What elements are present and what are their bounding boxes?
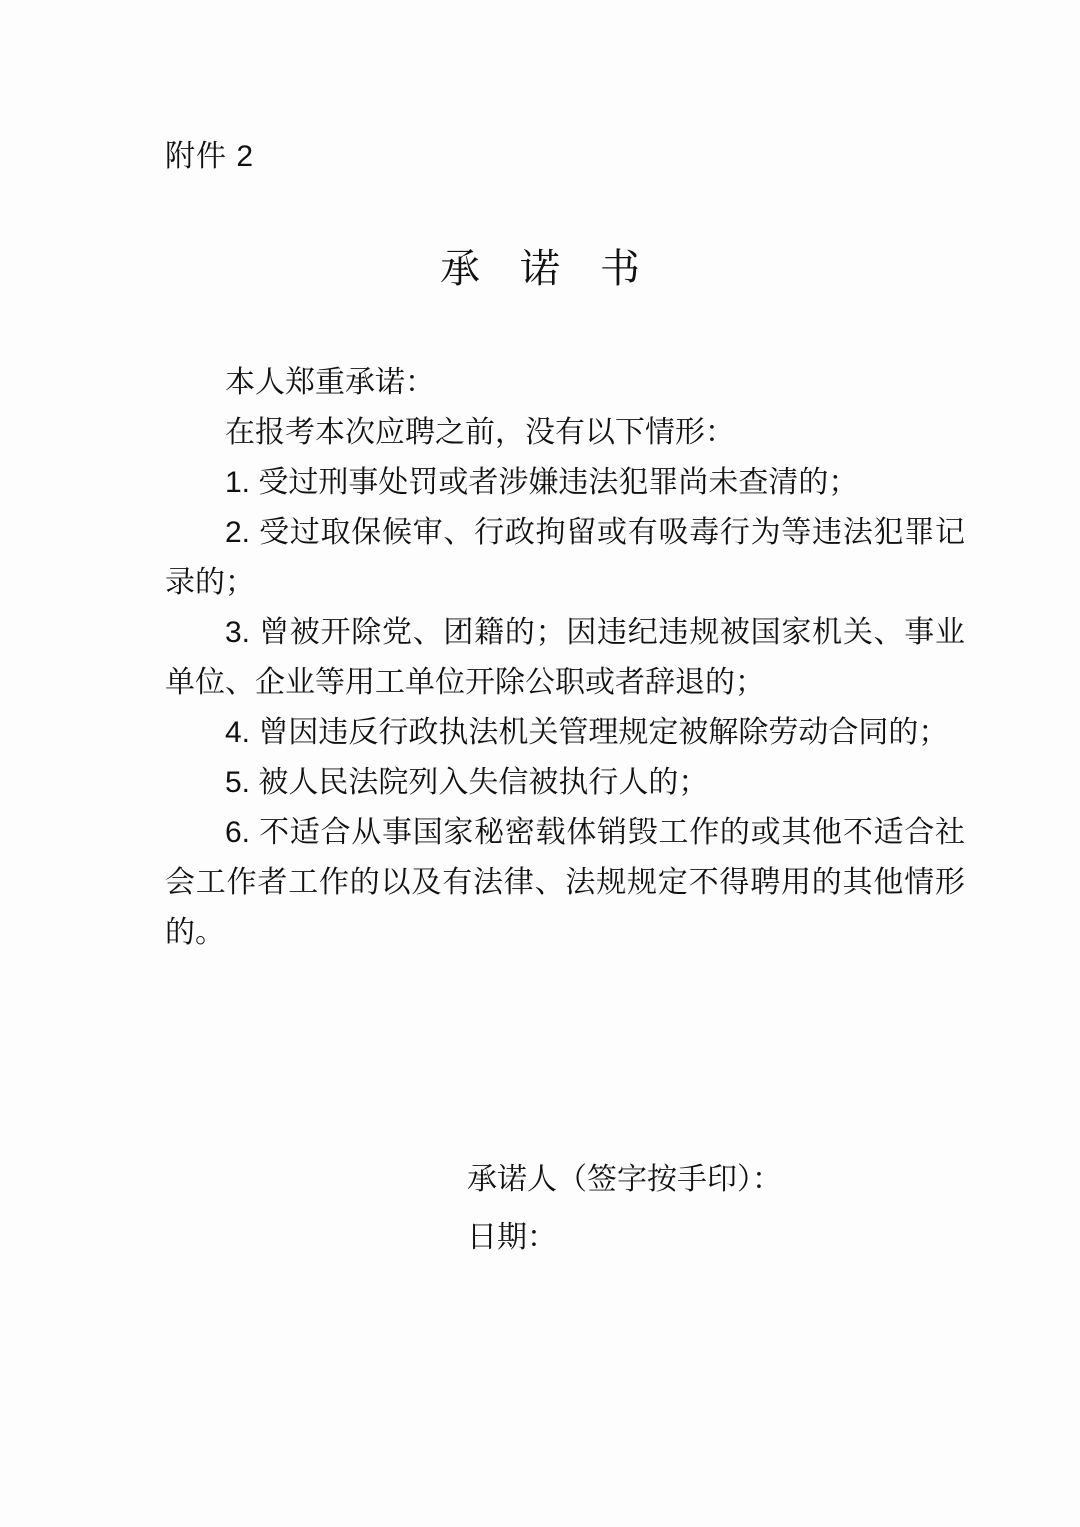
pledge-item-5: 5. 被人民法院列入失信被执行人的； [165, 758, 965, 808]
pledge-item-3: 3. 曾被开除党、团籍的；因违纪违规被国家机关、事业单位、企业等用工单位开除公职… [165, 608, 965, 708]
pledge-opening-line: 本人郑重承诺： [165, 358, 965, 408]
attachment-number-label: 附件 2 [165, 140, 1080, 174]
document-page: 附件 2 承 诺 书 本人郑重承诺： 在报考本次应聘之前，没有以下情形： 1. … [0, 0, 1080, 1527]
document-body: 本人郑重承诺： 在报考本次应聘之前，没有以下情形： 1. 受过刑事处罚或者涉嫌违… [165, 358, 965, 958]
pledge-item-2: 2. 受过取保候审、行政拘留或有吸毒行为等违法犯罪记录的； [165, 508, 965, 608]
pledge-item-4: 4. 曾因违反行政执法机关管理规定被解除劳动合同的； [165, 708, 965, 758]
pledge-item-1: 1. 受过刑事处罚或者涉嫌违法犯罪尚未查清的； [165, 458, 965, 508]
date-label: 日期： [467, 1209, 1080, 1267]
signature-block: 承诺人（签字按手印）： 日期： [467, 1151, 1080, 1267]
signer-label: 承诺人（签字按手印）： [467, 1151, 1080, 1209]
pledge-item-6: 6. 不适合从事国家秘密载体销毁工作的或其他不适合社会工作者工作的以及有法律、法… [165, 808, 965, 958]
pledge-precondition-line: 在报考本次应聘之前，没有以下情形： [165, 408, 965, 458]
document-title: 承 诺 书 [0, 247, 1080, 291]
